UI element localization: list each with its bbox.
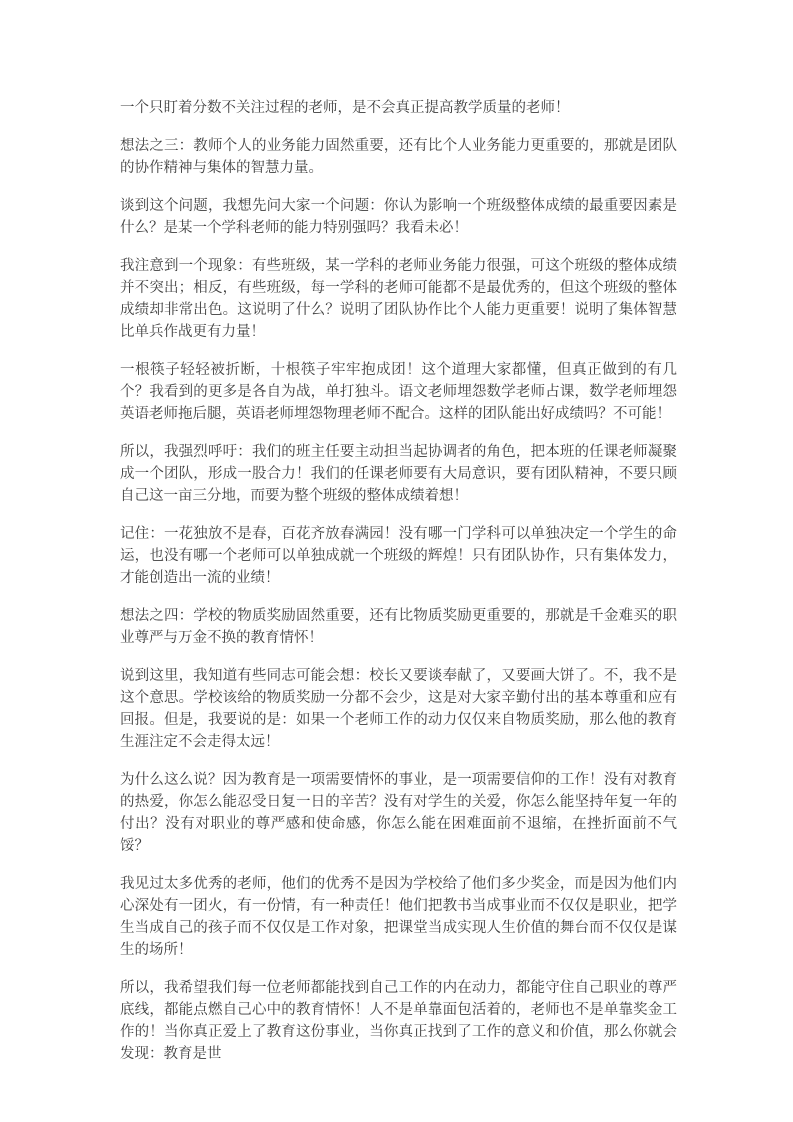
paragraph: 想法之四：学校的物质奖励固然重要，还有比物质奖励更重要的，那就是千金难买的职业尊… bbox=[120, 605, 677, 649]
paragraph: 一根筷子轻轻被折断，十根筷子牢牢抱成团！这个道理大家都懂，但真正做到的有几个？我… bbox=[120, 359, 677, 425]
paragraph: 所以，我希望我们每一位老师都能找到自己工作的内在动力，都能守住自己职业的尊严底线… bbox=[120, 977, 677, 1065]
paragraph: 说到这里，我知道有些同志可能会想：校长又要谈奉献了，又要画大饼了。不，我不是这个… bbox=[120, 665, 677, 753]
paragraph: 记住：一花独放不是春，百花齐放春满园！没有哪一门学科可以单独决定一个学生的命运，… bbox=[120, 523, 677, 589]
document-body: 一个只盯着分数不关注过程的老师，是不会真正提高教学质量的老师！ 想法之三：教师个… bbox=[120, 97, 677, 1065]
paragraph: 想法之三：教师个人的业务能力固然重要，还有比个人业务能力更重要的，那就是团队的协… bbox=[120, 135, 677, 179]
paragraph: 谈到这个问题，我想先问大家一个问题：你认为影响一个班级整体成绩的最重要因素是什么… bbox=[120, 195, 677, 239]
document-page: 一个只盯着分数不关注过程的老师，是不会真正提高教学质量的老师！ 想法之三：教师个… bbox=[0, 0, 793, 1122]
paragraph: 我见过太多优秀的老师，他们的优秀不是因为学校给了他们多少奖金，而是因为他们内心深… bbox=[120, 873, 677, 961]
paragraph: 为什么这么说？因为教育是一项需要情怀的事业，是一项需要信仰的工作！没有对教育的热… bbox=[120, 769, 677, 857]
paragraph: 我注意到一个现象：有些班级，某一学科的老师业务能力很强，可这个班级的整体成绩并不… bbox=[120, 255, 677, 343]
paragraph: 一个只盯着分数不关注过程的老师，是不会真正提高教学质量的老师！ bbox=[120, 97, 677, 119]
paragraph: 所以，我强烈呼吁：我们的班主任要主动担当起协调者的角色，把本班的任课老师凝聚成一… bbox=[120, 441, 677, 507]
